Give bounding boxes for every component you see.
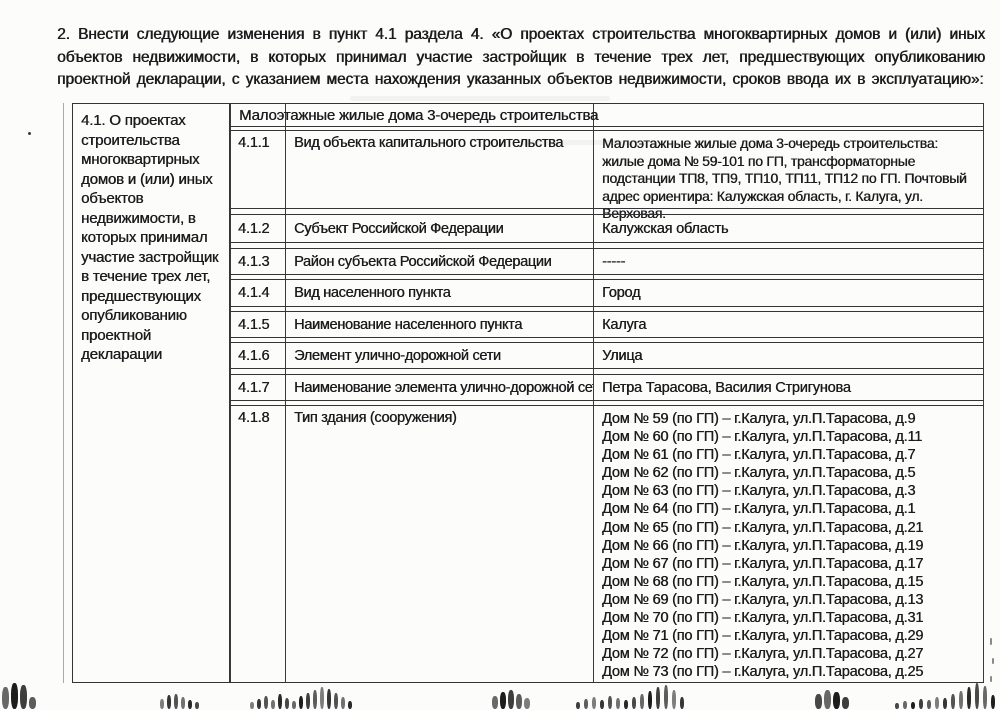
row-label: Вид населенного пункта bbox=[285, 285, 593, 301]
intro-paragraph: 2. Внести следующие изменения в пункт 4.… bbox=[57, 24, 985, 92]
scan-noise-bar bbox=[640, 694, 644, 709]
house-address-line: Дом № 62 (по ГП) – г.Калуга, ул.П.Тарасо… bbox=[602, 464, 978, 482]
scan-noise-bar bbox=[959, 691, 963, 709]
scan-noise-bar bbox=[500, 692, 506, 709]
house-address-line: Дом № 69 (по ГП) – г.Калуга, ул.П.Тарасо… bbox=[602, 591, 978, 609]
table-row: 4.1.3Район субъекта Российской Федерации… bbox=[230, 248, 984, 275]
scan-noise-bar bbox=[492, 696, 498, 709]
row-label: Наименование населенного пункта bbox=[285, 317, 593, 333]
scan-noise-bar bbox=[11, 683, 18, 709]
scan-noise-bar bbox=[313, 690, 317, 709]
row-label: Тип здания (сооружения) bbox=[285, 406, 593, 426]
row-number: 4.1.1 bbox=[230, 131, 285, 151]
table-row: 4.1.8Тип здания (сооружения)Дом № 59 (по… bbox=[230, 405, 984, 683]
house-address-line: Дом № 73 (по ГП) – г.Калуга, ул.П.Тарасо… bbox=[602, 663, 978, 681]
scan-noise-bar bbox=[2, 687, 9, 709]
table-row: 4.1.6Элемент улично-дорожной сетиУлица bbox=[230, 342, 984, 369]
scan-noise-bar bbox=[935, 697, 939, 709]
row-number: 4.1.8 bbox=[230, 406, 285, 426]
scan-noise-bar bbox=[299, 696, 303, 709]
scan-noise-bar bbox=[516, 694, 522, 709]
house-address-line: Дом № 61 (по ГП) – г.Калуга, ул.П.Тарасо… bbox=[602, 446, 978, 464]
scan-noise-bar bbox=[648, 691, 652, 709]
row-value: Улица bbox=[593, 348, 984, 364]
scan-noise-bar bbox=[680, 697, 684, 709]
scan-noise-bar bbox=[327, 689, 331, 709]
row-value: Калуга bbox=[593, 317, 984, 333]
scan-noise-bar bbox=[833, 692, 840, 709]
table-rows-area: Малоэтажные жилые дома 3-очередь строите… bbox=[230, 103, 984, 683]
scan-edge-mark bbox=[990, 676, 992, 682]
group-header-row: Малоэтажные жилые дома 3-очередь строите… bbox=[230, 103, 984, 127]
house-address-line: Дом № 59 (по ГП) – г.Калуга, ул.П.Тарасо… bbox=[602, 410, 978, 428]
scan-noise-bar bbox=[20, 685, 27, 709]
scan-noise-bar bbox=[292, 701, 296, 709]
scan-smudge bbox=[520, 140, 640, 145]
row-value: Город bbox=[593, 285, 984, 301]
house-address-line: Дом № 66 (по ГП) – г.Калуга, ул.П.Тарасо… bbox=[602, 537, 978, 555]
scan-noise-bar bbox=[919, 699, 923, 709]
house-address-line: Дом № 64 (по ГП) – г.Калуга, ул.П.Тарасо… bbox=[602, 500, 978, 518]
row-label: Наименование элемента улично-дорожной се… bbox=[285, 380, 593, 396]
row-value: ----- bbox=[593, 254, 984, 270]
scan-noise-bar bbox=[167, 695, 171, 709]
row-label: Субъект Российской Федерации bbox=[285, 221, 593, 237]
scan-noise-bar bbox=[943, 698, 947, 709]
scan-noise-bar bbox=[592, 697, 596, 709]
row-number: 4.1.6 bbox=[230, 348, 285, 364]
scan-noise-bar bbox=[983, 686, 987, 709]
scan-noise-bar bbox=[160, 699, 164, 709]
scan-noise-bar bbox=[824, 690, 831, 709]
house-address-line: Дом № 63 (по ГП) – г.Калуга, ул.П.Тарасо… bbox=[602, 482, 978, 500]
row-value: Калужская область bbox=[593, 221, 984, 237]
row-label: Элемент улично-дорожной сети bbox=[285, 348, 593, 364]
scan-noise-bar bbox=[927, 700, 931, 709]
row-value: Малоэтажные жилые дома 3-очередь строите… bbox=[593, 131, 984, 223]
row-value: Петра Тарасова, Василия Стригунова bbox=[593, 380, 984, 396]
scan-noise-bar bbox=[624, 700, 628, 709]
house-address-line: Дом № 72 (по ГП) – г.Калуга, ул.П.Тарасо… bbox=[602, 645, 978, 663]
scan-noise-bar bbox=[903, 701, 907, 709]
scan-noise-bar bbox=[576, 702, 580, 709]
scan-noise-bar bbox=[250, 702, 254, 709]
scan-noise-bar bbox=[991, 695, 995, 709]
scan-noise-bar bbox=[975, 683, 979, 709]
scan-noise-bar bbox=[264, 696, 268, 709]
house-address-line: Дом № 70 (по ГП) – г.Калуга, ул.П.Тарасо… bbox=[602, 609, 978, 627]
group-header-label: Малоэтажные жилые дома 3-очередь строите… bbox=[230, 107, 598, 124]
scan-noise-bar bbox=[656, 687, 660, 709]
row-label: Район субъекта Российской Федерации bbox=[285, 254, 593, 270]
scanned-document-page: 2. Внести следующие изменения в пункт 4.… bbox=[0, 0, 1000, 710]
table-row: 4.1.4Вид населенного пунктаГород bbox=[230, 279, 984, 307]
scan-noise-bar bbox=[951, 694, 955, 709]
scan-noise-bar bbox=[334, 693, 338, 709]
table-row: 4.1.7Наименование элемента улично-дорожн… bbox=[230, 374, 984, 401]
scan-noise-bar bbox=[508, 690, 514, 709]
scan-edge-mark bbox=[992, 658, 994, 664]
scan-noise-bar bbox=[616, 698, 620, 709]
scan-smudge bbox=[350, 96, 610, 101]
table-row: 4.1.2Субъект Российской ФедерацииКалужск… bbox=[230, 214, 984, 243]
project-declaration-table: 4.1. О проектах строительства многокварт… bbox=[72, 103, 984, 683]
scan-noise-bar bbox=[895, 703, 899, 709]
scan-noise-bar bbox=[842, 697, 849, 709]
scan-noise-bar bbox=[174, 694, 178, 709]
scan-noise-bar bbox=[911, 702, 915, 709]
scan-noise-bar bbox=[320, 687, 324, 709]
scan-speck bbox=[28, 132, 31, 135]
scan-noise-bar bbox=[600, 700, 604, 709]
scan-noise-bar bbox=[271, 700, 275, 709]
scan-edge-mark bbox=[990, 638, 992, 645]
scan-noise-bar bbox=[306, 693, 310, 709]
section-cell-4-1: 4.1. О проектах строительства многокварт… bbox=[72, 103, 230, 683]
scan-noise-bar bbox=[524, 698, 530, 709]
scan-noise-bar bbox=[815, 694, 822, 709]
scan-noise-bar bbox=[348, 701, 352, 709]
scan-noise-bar bbox=[664, 685, 668, 709]
scan-noise-bar bbox=[257, 699, 261, 709]
scan-noise-bar bbox=[285, 698, 289, 709]
row-number: 4.1.5 bbox=[230, 317, 285, 333]
scan-double-border-line bbox=[63, 103, 64, 683]
house-address-line: Дом № 71 (по ГП) – г.Калуга, ул.П.Тарасо… bbox=[602, 627, 978, 645]
scan-noise-bar bbox=[188, 700, 192, 709]
scan-noise-bar bbox=[672, 690, 676, 709]
scan-noise-bar bbox=[278, 694, 282, 709]
row-value: Дом № 59 (по ГП) – г.Калуга, ул.П.Тарасо… bbox=[593, 406, 984, 681]
scan-noise-bar bbox=[584, 699, 588, 709]
scan-noise-bar bbox=[181, 697, 185, 709]
scan-noise-bar bbox=[967, 687, 971, 709]
house-address-line: Дом № 65 (по ГП) – г.Калуга, ул.П.Тарасо… bbox=[602, 519, 978, 537]
row-number: 4.1.2 bbox=[230, 221, 285, 237]
table-row: 4.1.5Наименование населенного пунктаКалу… bbox=[230, 311, 984, 338]
row-number: 4.1.3 bbox=[230, 254, 285, 270]
scan-noise-bar bbox=[29, 697, 36, 709]
row-number: 4.1.7 bbox=[230, 380, 285, 396]
scan-noise-bar bbox=[195, 702, 199, 709]
house-address-line: Дом № 60 (по ГП) – г.Калуга, ул.П.Тарасо… bbox=[602, 428, 978, 446]
scan-noise-bar bbox=[341, 697, 345, 709]
scan-noise-bar bbox=[608, 696, 612, 709]
scan-noise-bar bbox=[632, 697, 636, 709]
house-address-line: Дом № 67 (по ГП) – г.Калуга, ул.П.Тарасо… bbox=[602, 555, 978, 573]
row-number: 4.1.4 bbox=[230, 285, 285, 301]
house-address-line: Дом № 68 (по ГП) – г.Калуга, ул.П.Тарасо… bbox=[602, 573, 978, 591]
